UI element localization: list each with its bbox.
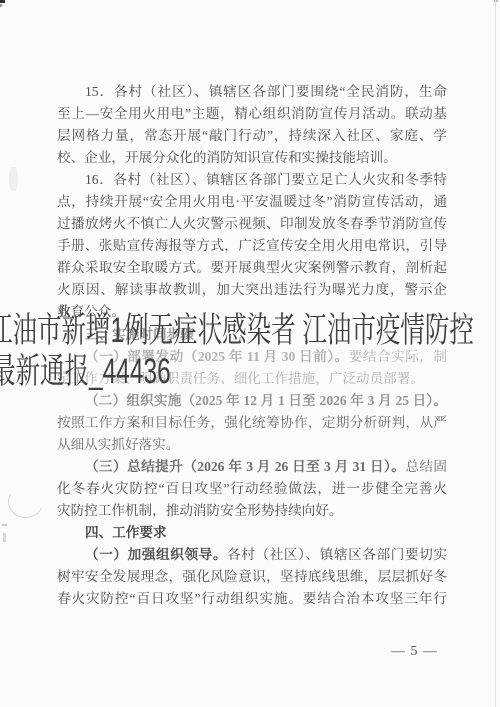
- scan-artifact: [4, 479, 49, 522]
- document-line: 15．各村（社区）、镇辖区各部门要围绕“全民消防，生命: [57, 81, 447, 103]
- document-line: 树牢安全发展理念，强化风险意识，坚持底线思维，层层抓好冬: [57, 566, 447, 588]
- scan-artifact: [9, 167, 18, 191]
- document-line: 从细从实抓好落实。: [57, 434, 447, 456]
- scan-artifact: [0, 0, 5, 3]
- headline-overlay-line1: 江油市新增1例无症状感染者 江油市疫情防控: [0, 312, 474, 350]
- headline-overlay-line2: 最新通报_44436: [0, 353, 171, 391]
- document-line: 春火灾防控“百日攻坚”行动组织实施。要结合治本攻坚三年行: [57, 588, 447, 610]
- document-line: 层网格力量，常态开展“敲门行动”，持续深入社区、家庭、学: [57, 125, 447, 147]
- scan-edge-shadow: [495, 0, 496, 707]
- scan-artifact: [0, 4, 2, 7]
- document-line: 校、企业，开展分众化的消防知识宣传和实操技能培训。: [57, 147, 447, 169]
- document-line: 四、工作要求: [57, 522, 447, 544]
- document-line: （二）组织实施（2025 年 12 月 1 日至 2026 年 3 月 25 日…: [57, 390, 447, 412]
- document-line: 过播放烤火不慎亡人火灾警示视频、印制发放冬春季节消防宣传: [57, 213, 447, 235]
- document-line: 点，持续开展“安全用火用电·平安温暖过冬”消防宣传活动，通: [57, 191, 447, 213]
- document-line: 手册、张贴宣传海报等方式，广泛宣传安全用火用电常识，引导: [57, 235, 447, 257]
- document-line: （一）加强组织领导。各村（社区）、镇辖区各部门要切实: [57, 544, 447, 566]
- document-line: 按照工作方案和目标任务，强化统筹协作，定期分析研判，从严: [57, 412, 447, 434]
- document-line: 火原因、解读事故教训，加大突出违法行为曝光力度，警示企业、: [57, 279, 447, 301]
- document-line: 至上—安全用火用电”主题，精心组织消防宣传月活动。联动基: [57, 103, 447, 125]
- document-line: （三）总结提升（2026 年 3 月 26 日至 3 月 31 日）。总结固: [57, 456, 447, 478]
- document-line: 灾防控工作机制，推动消防安全形势持续向好。: [57, 500, 447, 522]
- scan-artifact: [2, 524, 7, 526]
- document-line: 化冬春火灾防控“百日攻坚”行动经验做法，进一步健全完善火: [57, 478, 447, 500]
- scanned-page: { "palette": { "page_bg": "#fbfbfb", "te…: [0, 0, 500, 707]
- page-number: — 5 —: [391, 644, 438, 660]
- scan-artifact: [3, 533, 6, 542]
- document-line: 群众采取安全取暖方式。要开展典型火灾案例警示教育，剖析起: [57, 257, 447, 279]
- document-line: 16．各村（社区）、镇辖区各部门要立足亡人火灾和冬季特: [57, 169, 447, 191]
